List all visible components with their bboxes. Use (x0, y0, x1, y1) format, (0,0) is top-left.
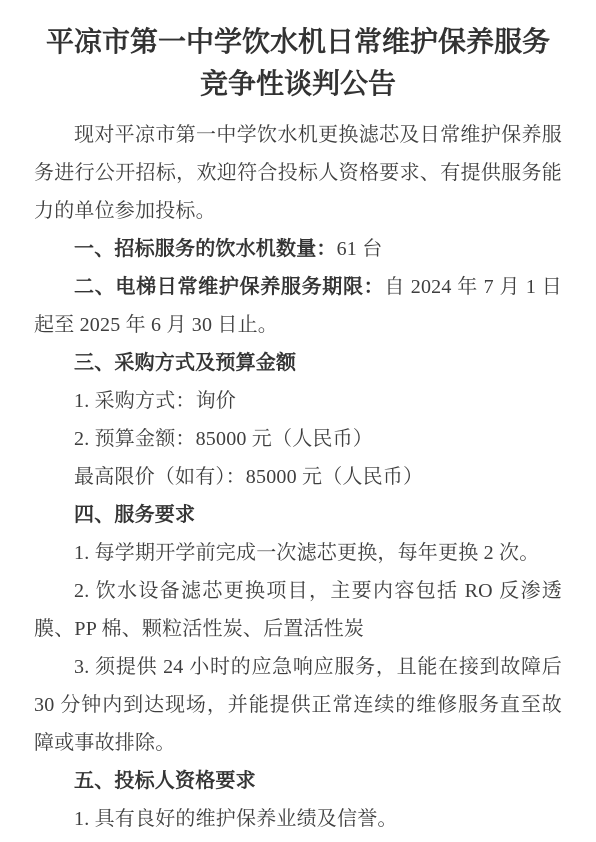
section-2-heading: 二、电梯日常维护保养服务期限： (74, 276, 384, 298)
section-1-line: 一、招标服务的饮水机数量：61 台 (34, 230, 562, 268)
section-4-heading: 四、服务要求 (74, 504, 195, 526)
section-4-item-2: 2. 饮水设备滤芯更换项目，主要内容包括 RO 反渗透膜、PP 棉、颗粒活性炭、… (34, 572, 562, 648)
section-4-item-1: 1. 每学期开学前完成一次滤芯更换，每年更换 2 次。 (34, 534, 562, 572)
section-4-item-3: 3. 须提供 24 小时的应急响应服务，且能在接到故障后 30 分钟内到达现场，… (34, 648, 562, 762)
section-3-item-1: 1. 采购方式：询价 (34, 382, 562, 420)
section-5-item-1: 1. 具有良好的维护保养业绩及信誉。 (34, 800, 562, 838)
section-2-line: 二、电梯日常维护保养服务期限：自 2024 年 7 月 1 日起至 2025 年… (34, 268, 562, 344)
document-body: 现对平凉市第一中学饮水机更换滤芯及日常维护保养服务进行公开招标，欢迎符合投标人资… (34, 116, 562, 838)
section-1-value: 61 台 (337, 238, 383, 260)
section-5-heading-line: 五、投标人资格要求 (34, 762, 562, 800)
document-title-line2: 竞争性谈判公告 (34, 64, 562, 106)
section-5-heading: 五、投标人资格要求 (74, 770, 256, 792)
section-1-heading: 一、招标服务的饮水机数量： (74, 238, 337, 260)
document-title-line1: 平凉市第一中学饮水机日常维护保养服务 (34, 22, 562, 64)
document-page: 平凉市第一中学饮水机日常维护保养服务 竞争性谈判公告 现对平凉市第一中学饮水机更… (0, 0, 596, 842)
section-4-heading-line: 四、服务要求 (34, 496, 562, 534)
section-3-heading-line: 三、采购方式及预算金额 (34, 344, 562, 382)
section-3-heading: 三、采购方式及预算金额 (74, 352, 296, 374)
section-3-item-2: 2. 预算金额：85000 元（人民币） (34, 420, 562, 458)
document-title: 平凉市第一中学饮水机日常维护保养服务 竞争性谈判公告 (34, 22, 562, 106)
intro-paragraph: 现对平凉市第一中学饮水机更换滤芯及日常维护保养服务进行公开招标，欢迎符合投标人资… (34, 116, 562, 230)
section-3-item-3: 最高限价（如有）：85000 元（人民币） (34, 458, 562, 496)
